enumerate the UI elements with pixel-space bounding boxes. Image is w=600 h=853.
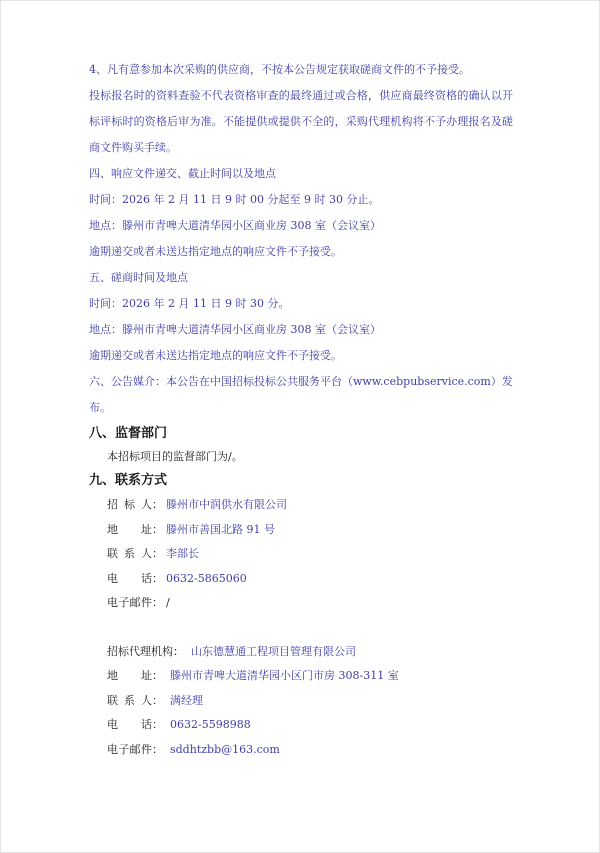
label-colon: ： <box>152 664 163 689</box>
tenderer-phone-label: 电话 <box>107 567 152 592</box>
section-5-place: 地点：滕州市青啤大道清华园小区商业房 308 室（会议室） <box>89 317 513 343</box>
agency-phone-value: 0632-5598988 <box>163 713 251 738</box>
section-9-heading: 九、联系方式 <box>89 468 513 493</box>
section-6-media-line: 六、公告媒介：本公告在中国招标投标公共服务平台（www.cebpubservic… <box>89 369 513 421</box>
label-colon: ： <box>152 567 163 592</box>
agency-name-row: 招标代理机构： 山东德慧通工程项目管理有限公司 <box>89 640 513 665</box>
section-4-late-note: 逾期递交或者未送达指定地点的响应文件不予接受。 <box>89 239 513 265</box>
section-8-body: 本招标项目的监督部门为/。 <box>89 446 513 468</box>
tenderer-name-value: 滕州市中润供水有限公司 <box>163 493 287 518</box>
agency-contact-person-row: 联系人： 满经理 <box>89 689 513 714</box>
tenderer-address-label: 地址 <box>107 518 152 543</box>
section-4-place: 地点：滕州市青啤大道清华园小区商业房 308 室（会议室） <box>89 213 513 239</box>
tenderer-address-row: 地址： 滕州市善国北路 91 号 <box>89 518 513 543</box>
agency-address-label: 地址 <box>107 664 152 689</box>
tenderer-phone-value: 0632-5865060 <box>163 567 247 592</box>
section-5-heading: 五、磋商时间及地点 <box>89 265 513 291</box>
agency-phone-row: 电话： 0632-5598988 <box>89 713 513 738</box>
tenderer-phone-row: 电话： 0632-5865060 <box>89 567 513 592</box>
section-4-heading: 四、响应文件递交、截止时间以及地点 <box>89 161 513 187</box>
agency-name-label: 招标代理机构 <box>107 640 173 665</box>
agency-contact-block: 招标代理机构： 山东德慧通工程项目管理有限公司 地址： 滕州市青啤大道清华园小区… <box>89 640 513 763</box>
tenderer-name-label: 招标人 <box>107 493 152 518</box>
agency-address-row: 地址： 滕州市青啤大道清华园小区门市房 308-311 室 <box>89 664 513 689</box>
tenderer-contact-block: 招标人： 滕州市中润供水有限公司 地址： 滕州市善国北路 91 号 联系人： 李… <box>89 493 513 616</box>
agency-name-value: 山东德慧通工程项目管理有限公司 <box>184 640 356 665</box>
label-colon: ： <box>152 591 163 616</box>
section-4-time: 时间：2026 年 2 月 11 日 9 时 00 分起至 9 时 30 分止。 <box>89 187 513 213</box>
agency-phone-label: 电话 <box>107 713 152 738</box>
agency-address-value: 滕州市青啤大道清华园小区门市房 308-311 室 <box>163 664 399 689</box>
agency-email-label: 电子邮件 <box>107 738 152 763</box>
tenderer-contact-person-value: 李部长 <box>163 542 199 567</box>
tenderer-email-label: 电子邮件 <box>107 591 152 616</box>
tenderer-contact-person-label: 联系人 <box>107 542 152 567</box>
agency-email-value: sddhtzbb@163.com <box>163 738 280 763</box>
tenderer-email-value: / <box>163 591 170 616</box>
label-colon: ： <box>152 738 163 763</box>
registration-review-note: 投标报名时的资料查验不代表资格审查的最终通过或合格，供应商最终资格的确认以开标评… <box>89 83 513 161</box>
tenderer-name-row: 招标人： 滕州市中润供水有限公司 <box>89 493 513 518</box>
section-8-heading: 八、监督部门 <box>89 421 513 446</box>
label-colon: ： <box>152 713 163 738</box>
section-5-late-note: 逾期递交或者未送达指定地点的响应文件不予接受。 <box>89 343 513 369</box>
label-colon: ： <box>152 542 163 567</box>
label-colon: ： <box>152 689 163 714</box>
agency-email-row: 电子邮件： sddhtzbb@163.com <box>89 738 513 763</box>
label-colon: ： <box>152 493 163 518</box>
section-5-time: 时间：2026 年 2 月 11 日 9 时 30 分。 <box>89 291 513 317</box>
label-colon: ： <box>173 640 184 665</box>
label-colon: ： <box>152 518 163 543</box>
agency-contact-person-value: 满经理 <box>163 689 203 714</box>
tenderer-email-row: 电子邮件： / <box>89 591 513 616</box>
tenderer-address-value: 滕州市善国北路 91 号 <box>163 518 275 543</box>
clause-4-line: 4、凡有意参加本次采购的供应商，不按本公告规定获取磋商文件的不予接受。 <box>89 57 513 83</box>
tenderer-contact-person-row: 联系人： 李部长 <box>89 542 513 567</box>
document-page: 4、凡有意参加本次采购的供应商，不按本公告规定获取磋商文件的不予接受。 投标报名… <box>0 0 600 853</box>
agency-contact-person-label: 联系人 <box>107 689 152 714</box>
